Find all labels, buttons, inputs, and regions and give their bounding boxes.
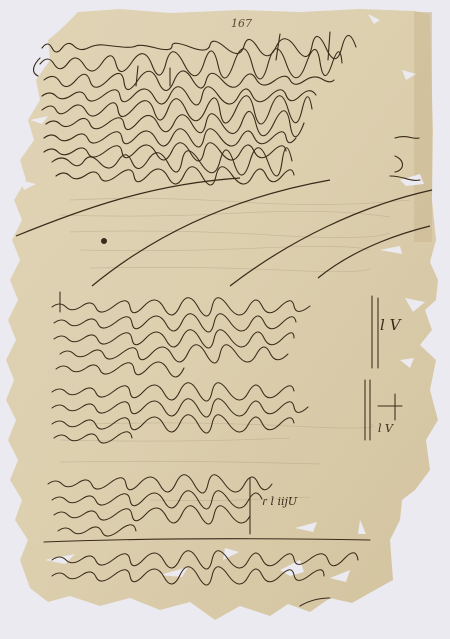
folio-number: 167	[231, 17, 252, 30]
manuscript-page: l V l V ɾ l iijU 167	[0, 0, 450, 639]
margin-total-entry-2: l V	[378, 422, 394, 435]
margin-total-entry-1: l V	[380, 316, 403, 334]
ink-blot	[101, 238, 107, 244]
margin-total-entry-3: ɾ l iijU	[262, 495, 298, 508]
